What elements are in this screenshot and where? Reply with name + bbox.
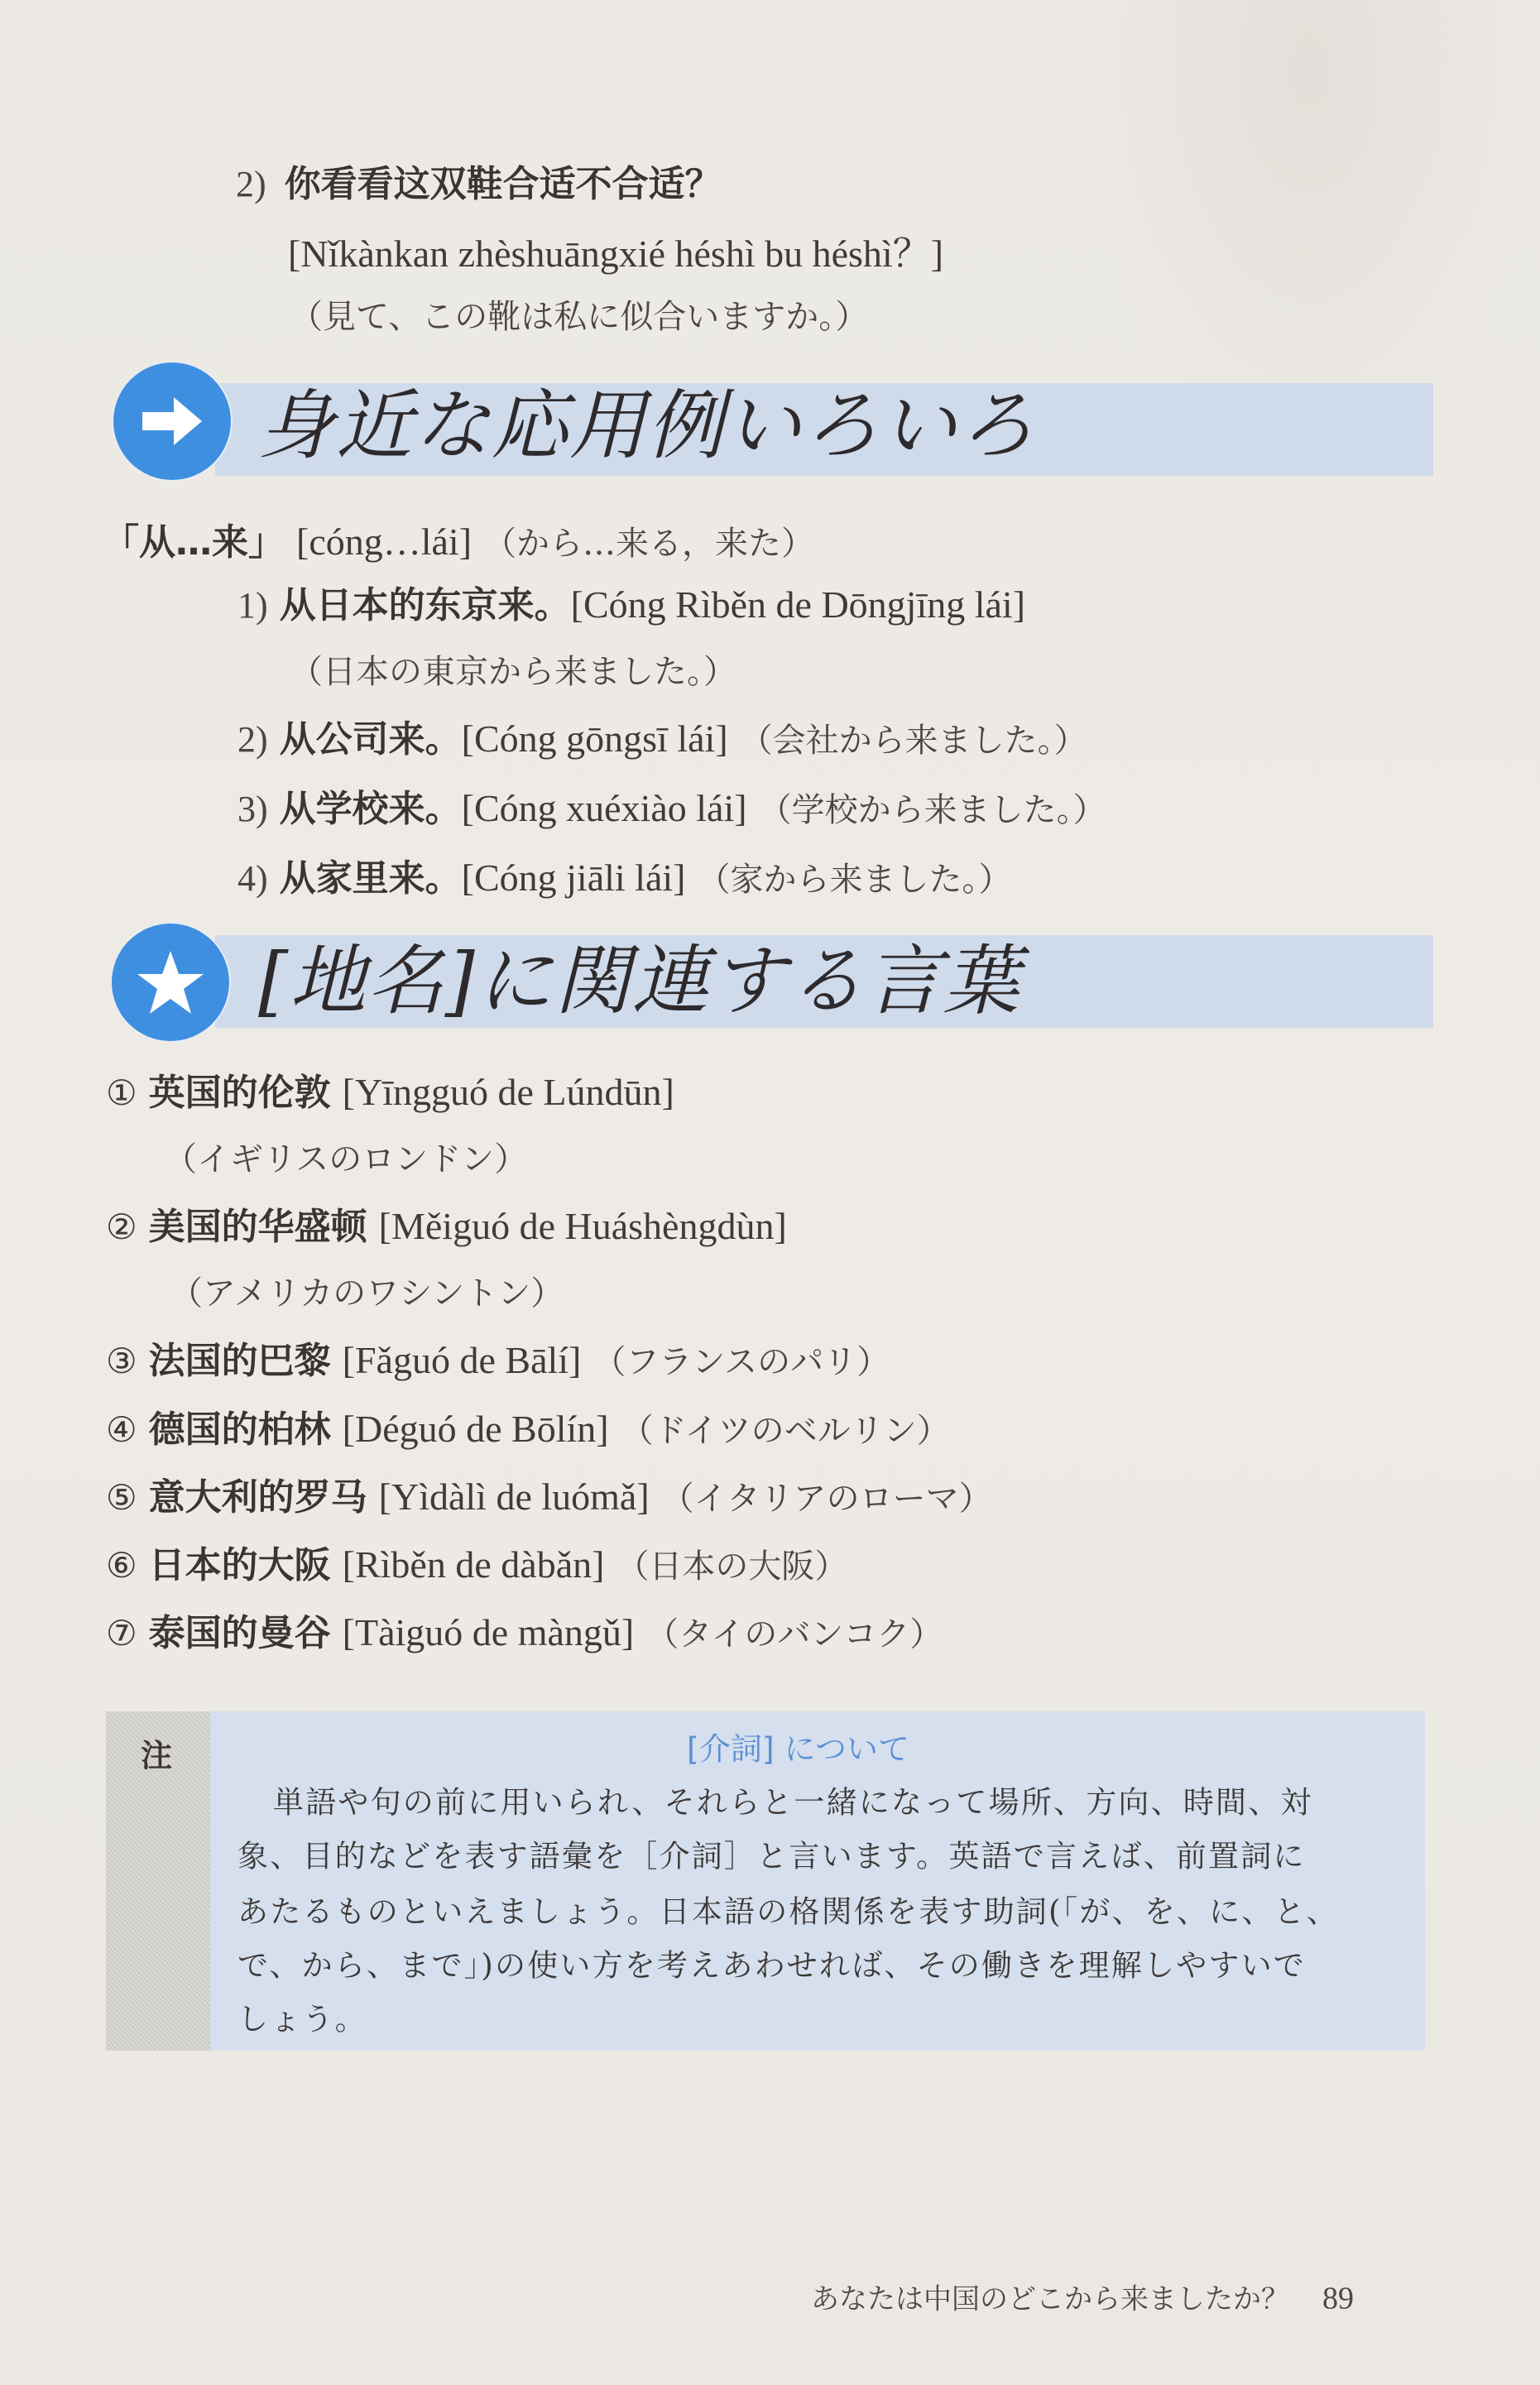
- top-example-sentence: 2) 你看看这双鞋合适不合适？: [236, 166, 722, 203]
- example-row: 1) 从日本的东京来。[Cóng Rìběn de Dōngjīng lái]: [237, 586, 1025, 624]
- place-item: ① 英国的伦敦 [Yīngguó de Lúndūn]: [106, 1073, 674, 1111]
- example-chinese: 你看看这双鞋合适不合适？: [285, 163, 722, 205]
- item-japanese: （アメリカのワシントン）: [170, 1274, 564, 1312]
- pattern-chinese: 「从…来」: [103, 521, 285, 564]
- running-title: あなたは中国のどこから来ましたか？: [811, 2283, 1289, 2316]
- example-japanese: （会社から来ました。）: [740, 722, 1087, 760]
- note-body-line: 単語や句の前に用いられ、それらと一緒になって場所、方向、時間、対: [273, 1788, 1313, 1818]
- note-body-line: あたるものといえましょう。日本語の格関係を表す助詞(「が、を、に、と、: [237, 1897, 1339, 1927]
- place-item: ④ 德国的柏林 [Déguó de Bōlín] （ドイツのベルリン）: [106, 1410, 950, 1448]
- item-number: ④: [106, 1409, 137, 1450]
- place-item: ② 美国的华盛顿 [Měiguó de Huáshèngdùn]: [106, 1207, 787, 1245]
- pattern-pinyin: [cóng…lái]: [296, 521, 472, 563]
- example-chinese: 从日本的东京来。: [280, 584, 571, 626]
- section-icon-circle: [113, 362, 231, 480]
- item-japanese: （タイのバンコク）: [645, 1615, 943, 1653]
- item-pinyin: [Fǎguó de Bālí]: [343, 1339, 582, 1381]
- item-japanese: （ドイツのベルリン）: [621, 1412, 950, 1450]
- example-pinyin: [Nǐkànkan zhèshuāngxié héshì bu héshì？]: [288, 233, 943, 275]
- example-japanese: （学校から来ました。）: [759, 791, 1106, 829]
- item-pinyin: [Rìběn de dàbǎn]: [343, 1543, 605, 1586]
- section-icon-circle: [112, 924, 229, 1041]
- top-example-japanese: （見て、この靴は私に似合いますか。）: [290, 298, 868, 334]
- place-item: ⑤ 意大利的罗马 [Yìdàlì de luómǎ] （イタリアのローマ）: [106, 1478, 992, 1516]
- item-chinese: 法国的巴黎: [149, 1340, 331, 1382]
- example-row: 4) 从家里来。[Cóng jiāli lái] （家から来ました。）: [237, 859, 1012, 897]
- item-chinese: 英国的伦敦: [149, 1072, 331, 1114]
- star-icon: [136, 949, 205, 1015]
- item-chinese: 泰国的曼谷: [149, 1612, 331, 1654]
- example-japanese: （家から来ました。）: [698, 861, 1012, 899]
- place-item-translation: （アメリカのワシントン）: [170, 1274, 564, 1311]
- page-footer: あなたは中国のどこから来ましたか？89: [811, 2277, 1354, 2317]
- example-chinese: 从家里来。: [280, 857, 462, 900]
- note-label: 注: [141, 1730, 172, 1776]
- arrow-right-icon: [139, 392, 205, 450]
- example-pinyin: [Cóng jiāli lái]: [462, 857, 686, 899]
- item-pinyin: [Měiguó de Huáshèngdùn]: [379, 1205, 787, 1247]
- pattern-line: 「从…来」 [cóng…lái] （から…来る，来た）: [103, 523, 814, 561]
- item-number: ③: [106, 1341, 137, 1381]
- example-chinese: 从学校来。: [280, 788, 462, 830]
- item-pinyin: [Yìdàlì de luómǎ]: [379, 1476, 650, 1518]
- example-number: 2): [237, 719, 268, 760]
- item-pinyin: [Déguó de Bōlín]: [343, 1408, 609, 1450]
- place-item-translation: （イギリスのロンドン）: [164, 1140, 527, 1177]
- item-number: ②: [106, 1207, 137, 1247]
- item-chinese: 意大利的罗马: [149, 1476, 367, 1519]
- example-pinyin: [Cóng xuéxiào lái]: [462, 787, 747, 829]
- note-body-line: で、から、まで」)の使い方を考えあわせれば、その働きを理解しやすいで: [237, 1951, 1306, 1981]
- item-japanese: （フランスのパリ）: [592, 1343, 890, 1381]
- section-title: 身近な応用例いろいろ: [258, 388, 1036, 464]
- item-japanese: （イタリアのローマ）: [661, 1480, 992, 1518]
- example-pinyin: [Cóng gōngsī lái]: [462, 717, 728, 760]
- example-row: 2) 从公司来。[Cóng gōngsī lái] （会社から来ました。）: [237, 720, 1087, 758]
- item-number: ⑦: [106, 1613, 137, 1653]
- pattern-japanese: （から…来る，来た）: [483, 525, 814, 563]
- example-japanese: （見て、この靴は私に似合いますか。）: [290, 298, 868, 336]
- item-pinyin: [Tàiguó de màngǔ]: [343, 1611, 635, 1653]
- note-title: [介詞] について: [687, 1724, 909, 1769]
- page-number: 89: [1322, 2282, 1354, 2316]
- note-body-line: しょう。: [237, 2004, 367, 2035]
- item-number: ⑤: [106, 1477, 137, 1518]
- item-number: ⑥: [106, 1545, 137, 1586]
- top-example-pinyin: [Nǐkànkan zhèshuāngxié héshì bu héshì？]: [288, 235, 943, 273]
- example-number: 4): [237, 858, 268, 899]
- example-number: 2): [236, 164, 266, 204]
- item-chinese: 德国的柏林: [149, 1408, 331, 1451]
- example-chinese: 从公司来。: [280, 718, 462, 761]
- item-japanese: （日本の大阪）: [616, 1548, 847, 1586]
- section-title: [地名]に関連する言葉: [258, 943, 1021, 1020]
- item-number: ①: [106, 1073, 137, 1113]
- example-pinyin: [Cóng Rìběn de Dōngjīng lái]: [571, 583, 1025, 626]
- place-item: ⑦ 泰国的曼谷 [Tàiguó de màngǔ] （タイのバンコク）: [106, 1614, 943, 1652]
- item-chinese: 美国的华盛顿: [149, 1206, 367, 1248]
- example-row: 3) 从学校来。[Cóng xuéxiào lái] （学校から来ました。）: [237, 789, 1106, 828]
- example-translation: （日本の東京から来ました。）: [290, 653, 736, 689]
- example-number: 3): [237, 789, 268, 829]
- example-number: 1): [237, 585, 268, 626]
- place-item: ⑥ 日本的大阪 [Rìběn de dàbǎn] （日本の大阪）: [106, 1546, 847, 1584]
- item-pinyin: [Yīngguó de Lúndūn]: [343, 1071, 674, 1113]
- place-item: ③ 法国的巴黎 [Fǎguó de Bālí] （フランスのパリ）: [106, 1341, 890, 1380]
- item-chinese: 日本的大阪: [149, 1544, 331, 1586]
- note-body-line: 象、目的などを表す語彙を［介詞］と言います。英語で言えば、前置詞に: [237, 1841, 1306, 1872]
- example-japanese: （日本の東京から来ました。）: [290, 653, 736, 691]
- item-japanese: （イギリスのロンドン）: [164, 1140, 527, 1178]
